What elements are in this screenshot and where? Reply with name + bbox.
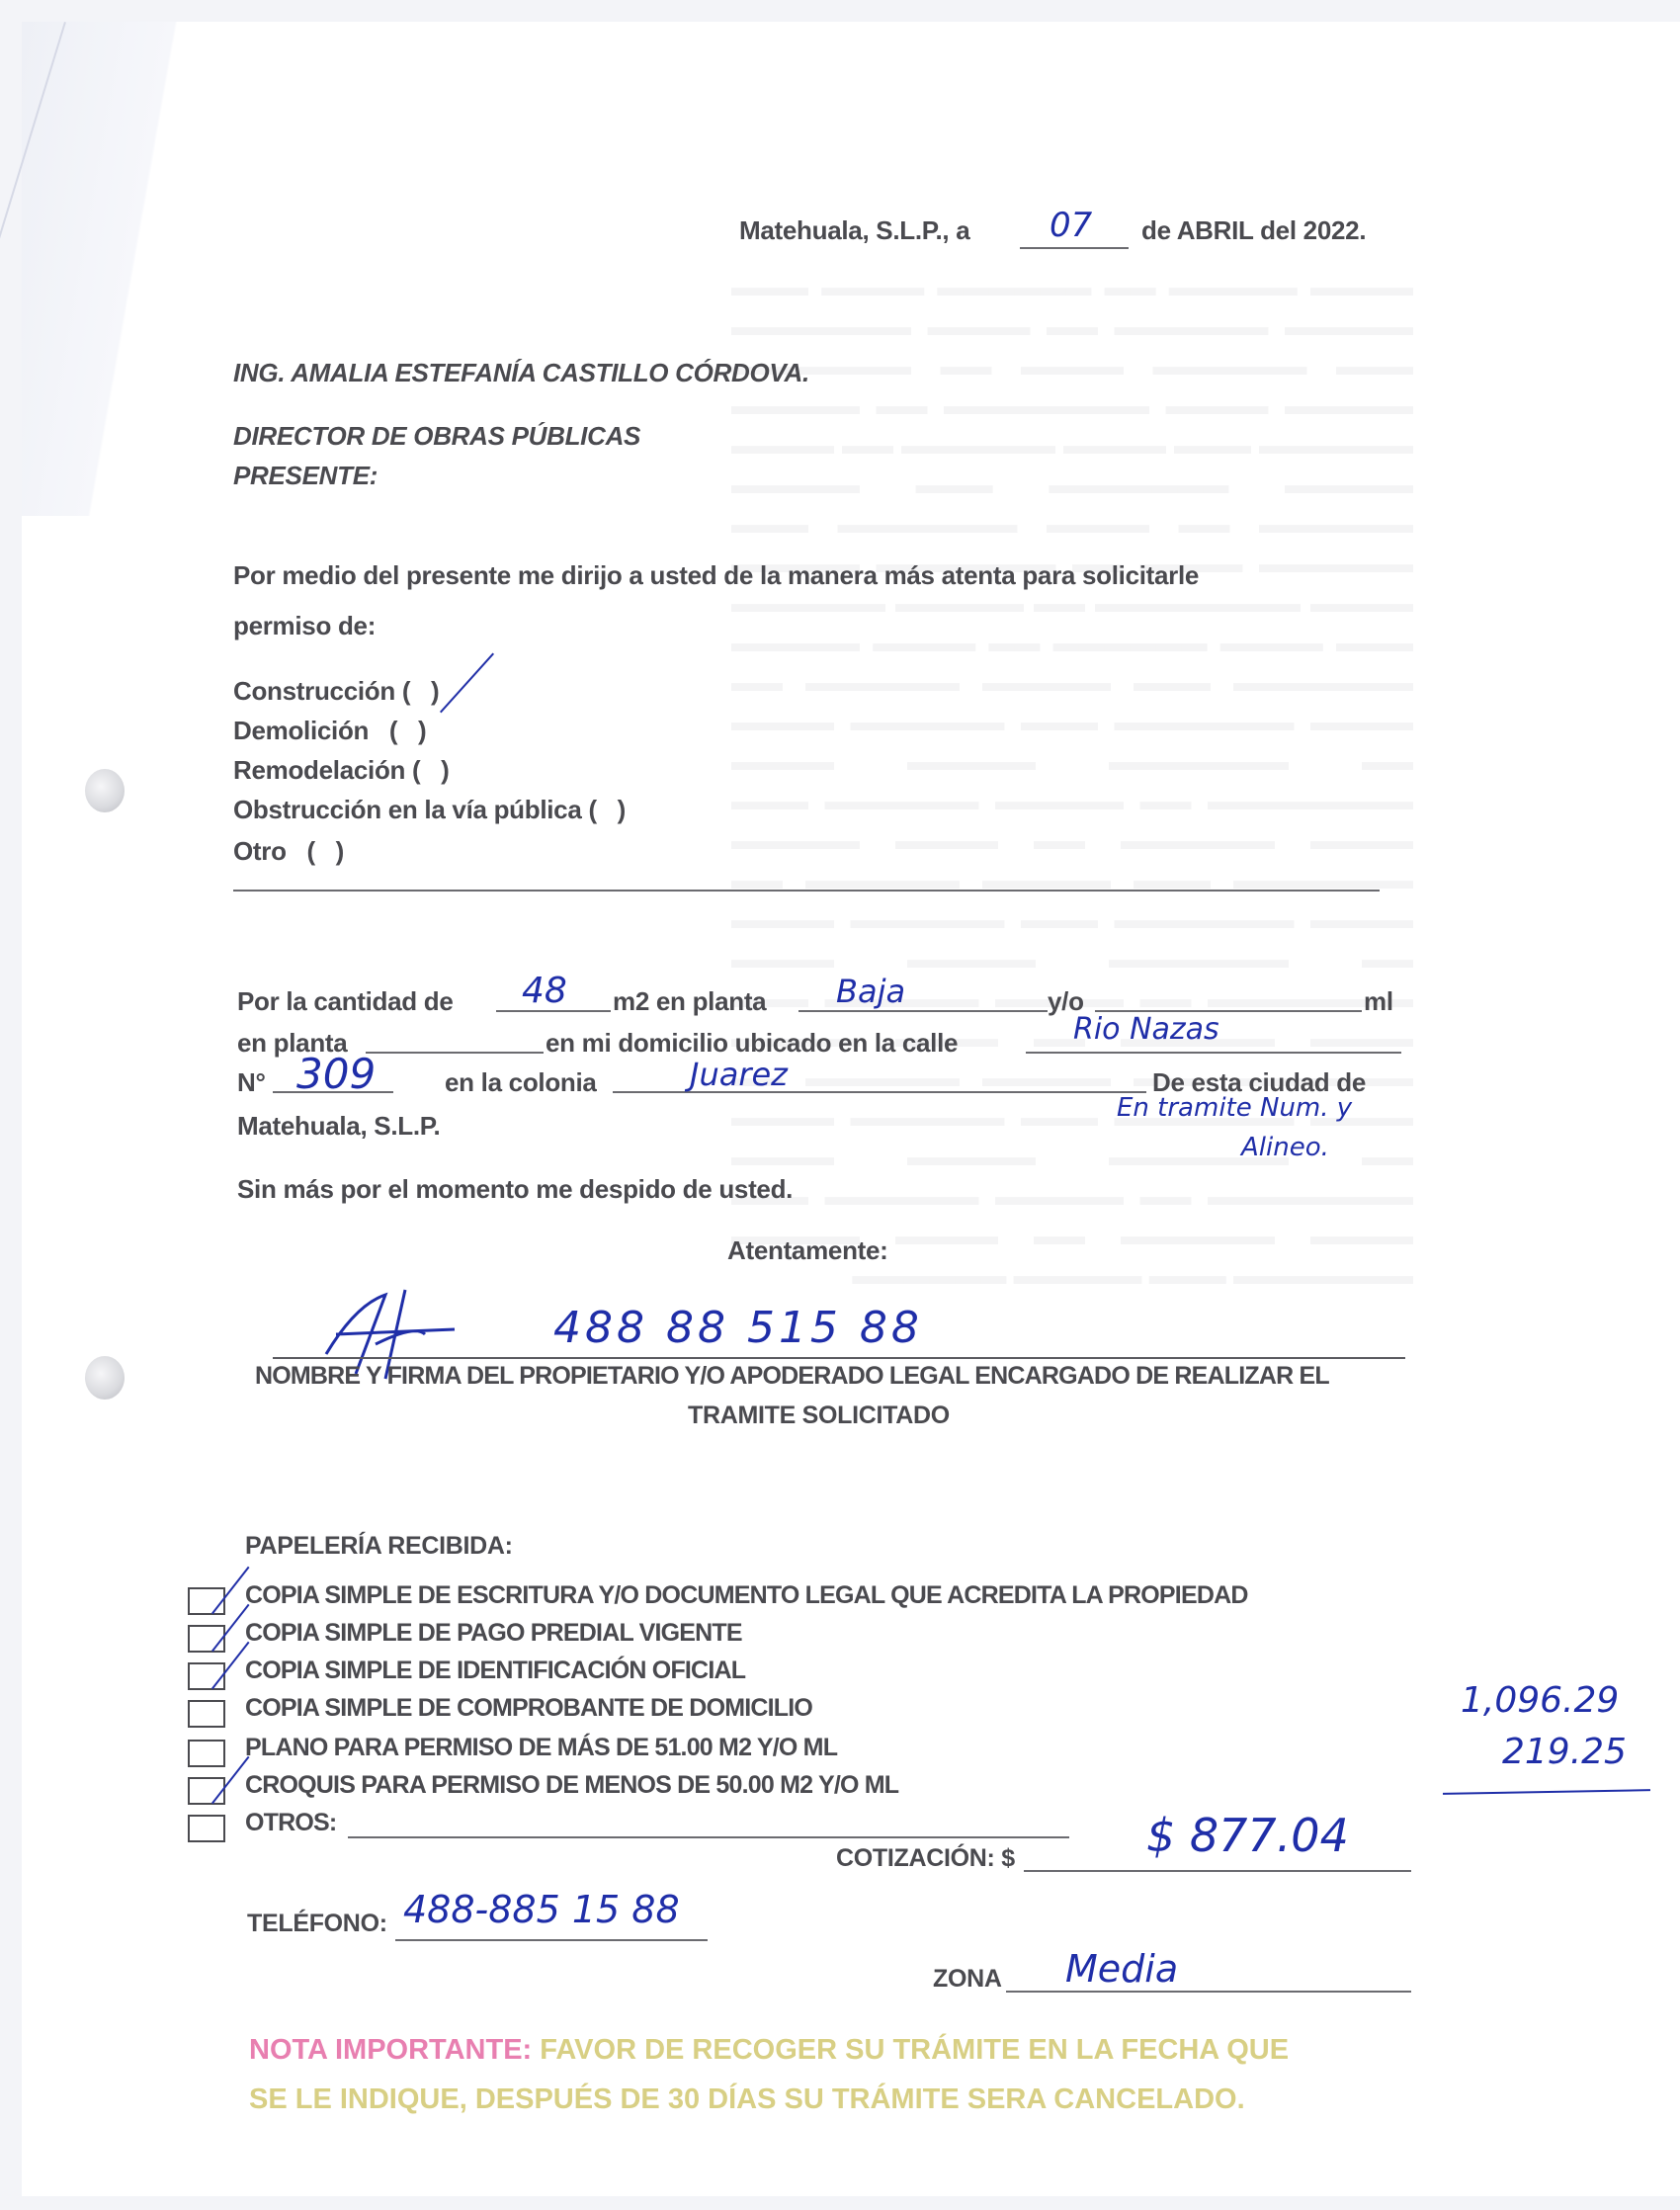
zona-value[interactable]: Media — [1065, 1947, 1178, 1991]
telefono-value[interactable]: 488-885 15 88 — [403, 1888, 680, 1931]
papeleria-item-label: OTROS: — [245, 1809, 336, 1837]
qty-label: Por la cantidad de — [237, 986, 454, 1017]
papeleria-checkbox[interactable] — [188, 1700, 225, 1728]
colonia-label: en la colonia — [445, 1067, 597, 1098]
option-label: Otro — [233, 836, 287, 866]
permit-option-demolicion[interactable]: Demolición ( ) — [233, 716, 426, 746]
zona-label: ZONA — [933, 1965, 1002, 1994]
nota-label: NOTA IMPORTANTE: — [249, 2034, 532, 2066]
permit-option-obstruccion[interactable]: Obstrucción en la vía pública ( ) — [233, 795, 626, 825]
day-value: 07 — [1050, 206, 1092, 245]
farewell-text: Sin más por el momento me despido de ust… — [237, 1174, 793, 1205]
papeleria-item-label: COPIA SIMPLE DE PAGO PREDIAL VIGENTE — [245, 1619, 742, 1648]
papeleria-item-label: COPIA SIMPLE DE ESCRITURA Y/O DOCUMENTO … — [245, 1581, 1248, 1610]
street-label: en mi domicilio ubicado en la calle — [546, 1028, 958, 1059]
m2-label: m2 en planta — [613, 986, 766, 1017]
cotizacion-label: COTIZACIÓN: $ — [836, 1844, 1015, 1873]
ml-label: ml — [1364, 986, 1393, 1017]
intro-line-2: permiso de: — [233, 611, 376, 641]
nota-text-2: SE LE INDIQUE, DESPUÉS DE 30 DÍAS SU TRÁ… — [249, 2083, 1245, 2116]
qty-value[interactable]: 48 — [522, 971, 567, 1011]
zona-underline — [1006, 1991, 1411, 1993]
street-value[interactable]: Rio Nazas — [1073, 1012, 1219, 1047]
margin-note-line-1: En tramite Num. y — [1117, 1093, 1352, 1123]
permit-option-otro[interactable]: Otro ( ) — [233, 836, 344, 867]
papeleria-item-label: PLANO PARA PERMISO DE MÁS DE 51.00 M2 Y/… — [245, 1734, 837, 1762]
signature-caption-line-1: NOMBRE Y FIRMA DEL PROPIETARIO Y/O APODE… — [255, 1362, 1329, 1391]
cotizacion-value[interactable]: $ 877.04 — [1146, 1809, 1349, 1862]
colonia-value[interactable]: Juarez — [690, 1056, 788, 1093]
papeleria-checkbox[interactable] — [188, 1740, 225, 1767]
papeleria-item-label: COPIA SIMPLE DE COMPROBANTE DE DOMICILIO — [245, 1694, 812, 1723]
otros-underline — [348, 1836, 1069, 1838]
planta-underline — [798, 1010, 1048, 1012]
telefono-underline — [395, 1939, 708, 1941]
punch-hole-icon — [85, 769, 125, 812]
option-label: Remodelación — [233, 755, 405, 785]
option-label: Demolición — [233, 716, 369, 745]
date-suffix: de ABRIL del 2022. — [1141, 215, 1366, 246]
papeleria-item-label: CROQUIS PARA PERMISO DE MENOS DE 50.00 M… — [245, 1771, 898, 1800]
planta-value[interactable]: Baja — [836, 973, 905, 1010]
calc-line-1: 1,096.29 — [1461, 1680, 1619, 1721]
nota-line-1: NOTA IMPORTANTE: FAVOR DE RECOGER SU TRÁ… — [249, 2034, 1289, 2067]
num-label: N° — [237, 1067, 266, 1098]
addressee-greeting: PRESENTE: — [233, 461, 378, 491]
addressee-position: DIRECTOR DE OBRAS PÚBLICAS — [233, 421, 640, 452]
papeleria-title: PAPELERÍA RECIBIDA: — [245, 1532, 513, 1561]
atentamente-text: Atentamente: — [727, 1235, 888, 1266]
papeleria-checkbox[interactable] — [188, 1815, 225, 1842]
calc-line-2: 219.25 — [1502, 1732, 1627, 1772]
option-label: Obstrucción en la vía pública — [233, 795, 582, 824]
cotizacion-underline — [1024, 1870, 1411, 1872]
permit-option-remodelacion[interactable]: Remodelación ( ) — [233, 755, 450, 786]
planta2-underline — [366, 1052, 544, 1054]
punch-hole-icon — [85, 1356, 125, 1400]
street-underline — [1026, 1052, 1401, 1054]
signature-phone-text: 488 88 515 88 — [553, 1303, 923, 1353]
nota-text-1: FAVOR DE RECOGER SU TRÁMITE EN LA FECHA … — [540, 2034, 1289, 2066]
place-prefix: Matehuala, S.L.P., a — [739, 215, 969, 246]
signature-underline — [273, 1357, 1405, 1359]
signature-caption-line-2: TRAMITE SOLICITADO — [688, 1402, 950, 1430]
day-underline — [1020, 247, 1129, 249]
bleed-through-text: ▬▬▬▬ ▬▬▬▬▬ ▬▬ ▬▬▬▬▬▬ ▬▬▬▬ ▬▬▬ ▬▬▬▬▬ ▬▬▬▬… — [731, 267, 1413, 1769]
paper-fold-shadow — [22, 22, 190, 516]
option-label: Construcción — [233, 676, 395, 706]
addressee-name: ING. AMALIA ESTEFANÍA CASTILLO CÓRDOVA. — [233, 358, 809, 388]
papeleria-item-label: COPIA SIMPLE DE IDENTIFICACIÓN OFICIAL — [245, 1657, 745, 1685]
city-value: Matehuala, S.L.P. — [237, 1111, 440, 1142]
num-value[interactable]: 309 — [296, 1050, 376, 1098]
intro-line-1: Por medio del presente me dirijo a usted… — [233, 560, 1199, 591]
margin-note-line-2: Alineo. — [1241, 1133, 1329, 1162]
telefono-label: TELÉFONO: — [247, 1910, 387, 1938]
permit-option-construccion[interactable]: Construcción ( ) — [233, 676, 439, 707]
otro-underline — [233, 890, 1380, 892]
